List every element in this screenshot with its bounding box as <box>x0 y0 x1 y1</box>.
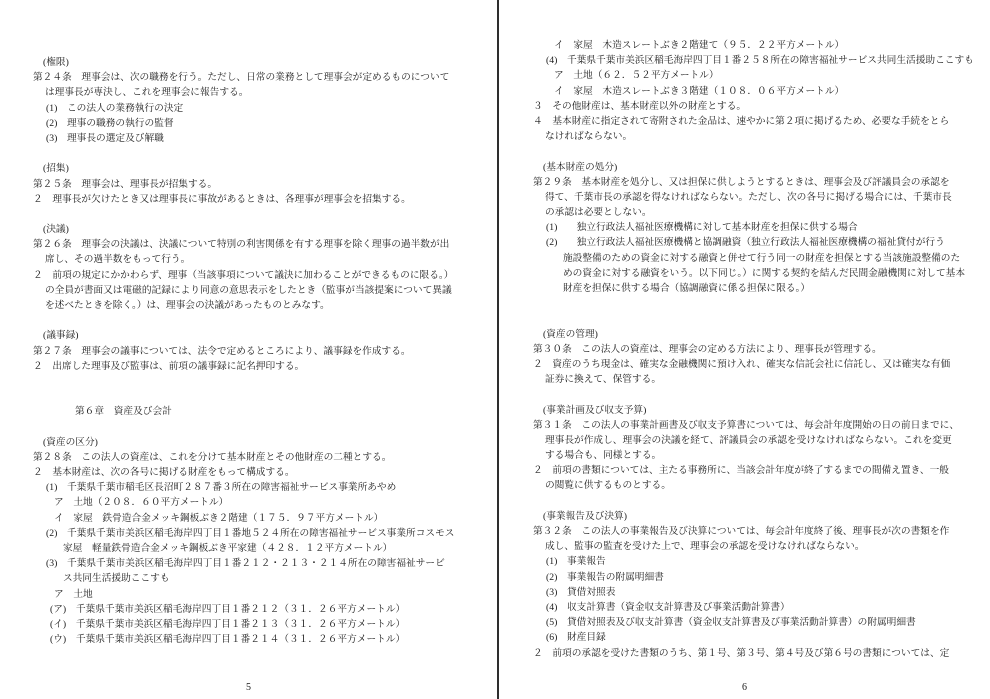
document-line: の承認は必要としない。 <box>533 205 983 220</box>
document-line: 第２４条 理事会は、次の職務を行う。ただし、日常の業務として理事会が定めるものに… <box>33 70 488 85</box>
blank-line <box>33 389 488 404</box>
document-line: (5) 貸借対照表及び収支計算書（資金収支計算書及び事業活動計算書）の附属明細書 <box>533 615 983 630</box>
page-6: イ 家屋 木造スレートぶき２階建て（９５．２２平方メートル）(4) 千葉県千葉市… <box>499 0 990 699</box>
document-line: 得て、千葉市長の承認を得なければならない。ただし、次の各号に掲げる場合には、千葉… <box>533 190 983 205</box>
blank-line <box>533 296 983 311</box>
blank-line <box>533 144 983 159</box>
document-line: めの資金に対する融資をいう。以下同じ。）に関する契約を結んだ民間金融機関に対して… <box>533 266 983 281</box>
document-line: (事業計画及び収支予算) <box>533 403 983 418</box>
document-line: (1) 事業報告 <box>533 554 983 569</box>
page-5: (権限)第２４条 理事会は、次の職務を行う。ただし、日常の業務として理事会が定め… <box>0 0 497 699</box>
document-line: (2) 独立行政法人福祉医療機構と協調融資（独立行政法人福祉医療機構の福祉貸付が… <box>533 235 983 250</box>
document-line: ス共同生活援助ここすも <box>33 571 488 586</box>
document-line: は理事長が専決し、これを理事会に報告する。 <box>33 85 488 100</box>
blank-line <box>533 494 983 509</box>
document-line: (イ) 千葉県千葉市美浜区稲毛海岸四丁目１番２１３（３１．２６平方メートル） <box>33 617 488 632</box>
document-line: (決議) <box>33 222 488 237</box>
document-line: 家屋 軽量鉄骨造合金メッキ鋼板ぶき平家建（４２８．１２平方メートル） <box>33 541 488 556</box>
document-line: の全員が書面又は電磁的記録により同意の意思表示をしたとき（監事が当該提案について… <box>33 283 488 298</box>
document-line: (3) 千葉県千葉市美浜区稲毛海岸四丁目１番２１２・２１３・２１４所在の障害福祉… <box>33 556 488 571</box>
blank-line <box>33 207 488 222</box>
page-6-text: イ 家屋 木造スレートぶき２階建て（９５．２２平方メートル）(4) 千葉県千葉市… <box>533 38 983 661</box>
document-line: (4) 千葉県千葉市美浜区稲毛海岸四丁目１番２５８所在の障害福祉サービス共同生活… <box>533 53 983 68</box>
document-line: (2) 千葉県千葉市美浜区稲毛海岸四丁目１番地５２４所在の障害福祉サービス事業所… <box>33 526 488 541</box>
document-line: (2) 理事の職務の執行の監督 <box>33 116 488 131</box>
document-line: (議事録) <box>33 328 488 343</box>
document-line: 第２８条 この法人の資産は、これを分けて基本財産とその他財産の二種とする。 <box>33 450 488 465</box>
document-line: ２ 前項の承認を受けた書類のうち、第１号、第３号、第４号及び第６号の書類について… <box>533 646 983 661</box>
page-6-number: 6 <box>499 680 990 695</box>
document-line: (1) 千葉県千葉市稲毛区長沼町２８７番３所在の障害福祉サービス事業所あやめ <box>33 480 488 495</box>
document-line: (基本財産の処分) <box>533 160 983 175</box>
document-line: イ 家屋 木造スレートぶき３階建（１０８．０６平方メートル） <box>533 84 983 99</box>
document-line: ２ 基本財産は、次の各号に掲げる財産をもって構成する。 <box>33 465 488 480</box>
document-line: (3) 理事長の選定及び解職 <box>33 131 488 146</box>
document-line: 第２５条 理事会は、理事長が招集する。 <box>33 177 488 192</box>
document-line: (6) 財産目録 <box>533 630 983 645</box>
document-line: 理事長が作成し、理事会の決議を経て、評議員会の承認を受けなければならない。これを… <box>533 433 983 448</box>
document-line: (1) この法人の業務執行の決定 <box>33 101 488 116</box>
document-line: 第２９条 基本財産を処分し、又は担保に供しようとするときは、理事会及び評議員会の… <box>533 175 983 190</box>
document-line: ア 土地（６２．５２平方メートル） <box>533 68 983 83</box>
blank-line <box>33 420 488 435</box>
page-5-number: 5 <box>0 680 497 695</box>
document-line: (資産の区分) <box>33 435 488 450</box>
document-line: 証券に換えて、保管する。 <box>533 372 983 387</box>
document-line: ア 土地（２０８．６０平方メートル） <box>33 495 488 510</box>
blank-line <box>533 387 983 402</box>
document-line: ２ 資産のうち現金は、確実な金融機関に預け入れ、確実な信託会社に信託し、又は確実… <box>533 357 983 372</box>
document-line: する場合も、同様とする。 <box>533 448 983 463</box>
document-line: 第２６条 理事会の決議は、決議について特別の利害関係を有する理事を除く理事の過半… <box>33 237 488 252</box>
document-line: 第３２条 この法人の事業報告及び決算については、毎会計年度終了後、理事長が次の書… <box>533 524 983 539</box>
blank-line <box>533 311 983 326</box>
document-line: (1) 独立行政法人福祉医療機構に対して基本財産を担保に供する場合 <box>533 220 983 235</box>
document-line: (2) 事業報告の附属明細書 <box>533 570 983 585</box>
page-5-text: (権限)第２４条 理事会は、次の職務を行う。ただし、日常の業務として理事会が定め… <box>33 55 488 647</box>
document-line: (資産の管理) <box>533 327 983 342</box>
document-line: なければならない。 <box>533 129 983 144</box>
document-line: を述べたときを除く。）は、理事会の決議があったものとみなす。 <box>33 298 488 313</box>
document-line: 第３０条 この法人の資産は、理事会の定める方法により、理事長が管理する。 <box>533 342 983 357</box>
document-line: ２ 前項の書類については、主たる事務所に、当該会計年度が終了するまでの間備え置き… <box>533 463 983 478</box>
blank-line <box>33 146 488 161</box>
document-line: (権限) <box>33 55 488 70</box>
document-line: 第６章 資産及び会計 <box>33 404 488 419</box>
document-line: 成し、監事の監査を受けた上で、理事会の承認を受けなければならない。 <box>533 539 983 554</box>
document-line: 第２７条 理事会の議事については、法令で定めるところにより、議事録を作成する。 <box>33 344 488 359</box>
document-line: (4) 収支計算書（資金収支計算書及び事業活動計算書） <box>533 600 983 615</box>
document-line: ３ その他財産は、基本財産以外の財産とする。 <box>533 99 983 114</box>
document-spread: (権限)第２４条 理事会は、次の職務を行う。ただし、日常の業務として理事会が定め… <box>0 0 990 699</box>
document-line: の閲覧に供するものとする。 <box>533 478 983 493</box>
document-line: ２ 前項の規定にかかわらず、理事（当該事項について議決に加わることができるものに… <box>33 268 488 283</box>
document-line: (3) 貸借対照表 <box>533 585 983 600</box>
document-line: ア 土地 <box>33 587 488 602</box>
blank-line <box>33 374 488 389</box>
document-line: (ウ) 千葉県千葉市美浜区稲毛海岸四丁目１番２１４（３１．２６平方メートル） <box>33 632 488 647</box>
document-line: イ 家屋 木造スレートぶき２階建て（９５．２２平方メートル） <box>533 38 983 53</box>
document-line: 席し、その過半数をもって行う。 <box>33 252 488 267</box>
document-line: 第３１条 この法人の事業計画書及び収支予算書については、毎会計年度開始の日の前日… <box>533 418 983 433</box>
document-line: イ 家屋 鉄骨造合金メッキ鋼板ぶき２階建（１７５．９７平方メートル） <box>33 511 488 526</box>
document-line: 施設整備のための資金に対する融資と併せて行う同一の財産を担保とする当該施設整備の… <box>533 251 983 266</box>
document-line: 財産を担保に供する場合（協調融資に係る担保に限る。） <box>533 281 983 296</box>
document-line: ４ 基本財産に指定されて寄附された金品は、速やかに第２項に掲げるため、必要な手続… <box>533 114 983 129</box>
document-line: ２ 出席した理事及び監事は、前項の議事録に記名押印する。 <box>33 359 488 374</box>
document-line: (招集) <box>33 161 488 176</box>
document-line: ２ 理事長が欠けたとき又は理事長に事故があるときは、各理事が理事会を招集する。 <box>33 192 488 207</box>
blank-line <box>33 313 488 328</box>
document-line: (ア) 千葉県千葉市美浜区稲毛海岸四丁目１番２１２（３１．２６平方メートル） <box>33 602 488 617</box>
document-line: (事業報告及び決算) <box>533 509 983 524</box>
